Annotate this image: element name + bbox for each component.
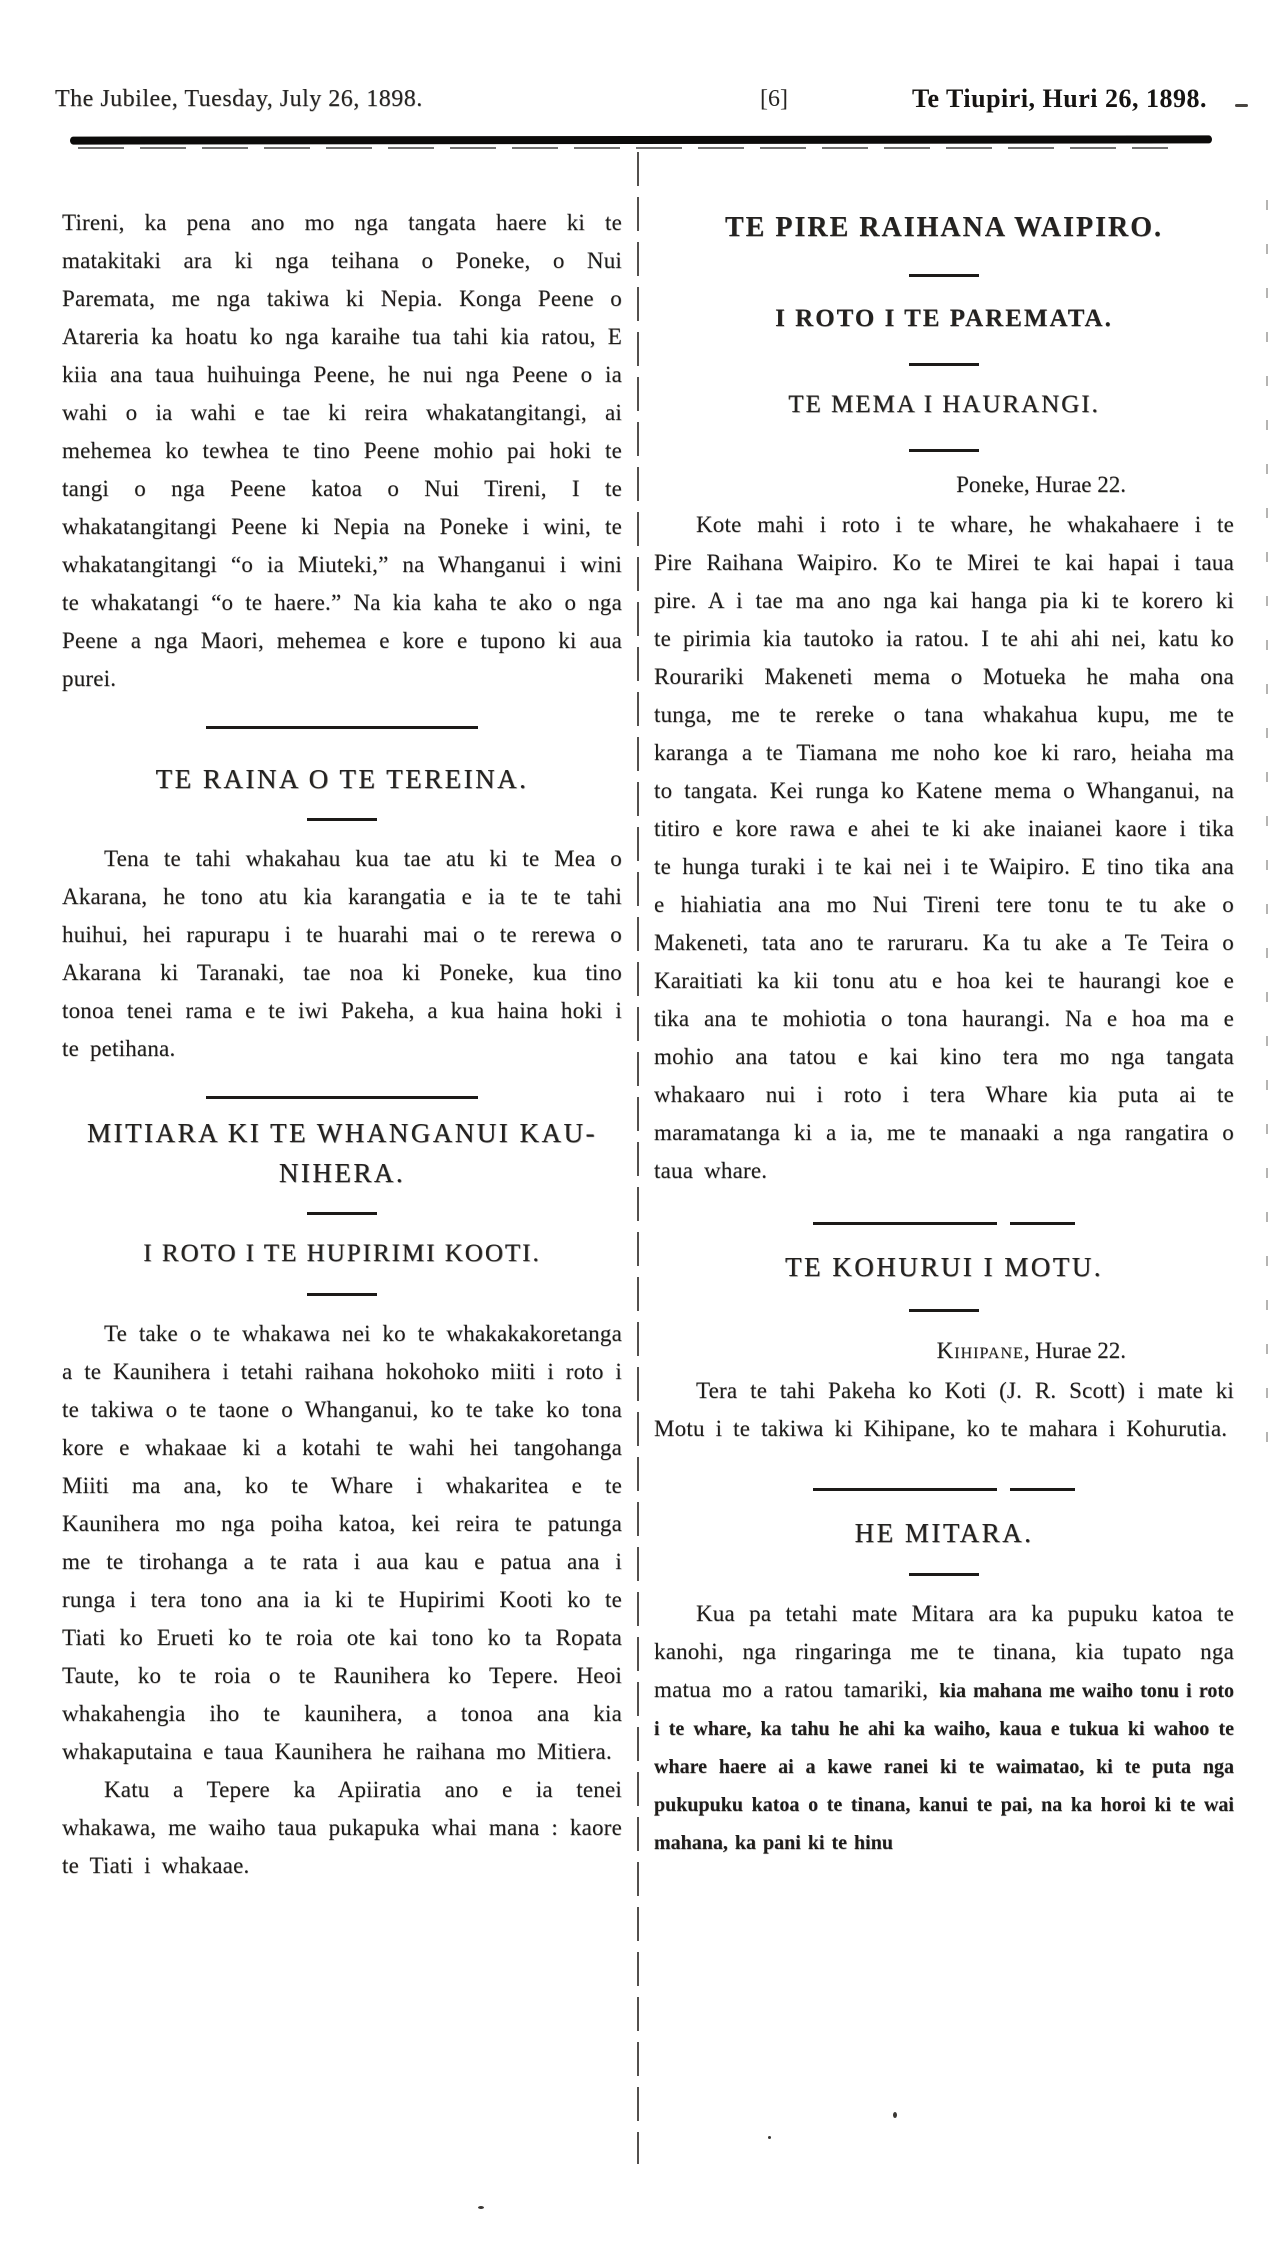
title-underline-rule — [307, 1212, 377, 1215]
paragraph: Tera te tahi Pakeha ko Koti (J. R. Scott… — [654, 1372, 1234, 1448]
section-rule — [813, 1222, 1075, 1225]
title-underline-rule — [909, 274, 979, 277]
column-divider-rule — [637, 152, 639, 2164]
article-title: TE PIRE RAIHANA WAIPIRO. — [654, 208, 1234, 248]
masthead-under-rule — [78, 147, 1168, 149]
article-title: HE MITARA. — [654, 1513, 1234, 1553]
newspaper-page: The Jubilee, Tuesday, July 26, 1898. [6]… — [0, 0, 1280, 2262]
title-underline-rule — [909, 1309, 979, 1312]
paragraph: Katu a Tepere ka Apiiratia ano e ia tene… — [62, 1771, 622, 1885]
article-title: TE RAINA O TE TEREINA. — [62, 759, 622, 799]
edge-ink-mark — [1235, 104, 1248, 107]
section-rule — [206, 1096, 478, 1099]
dateline-date: , Hurae 22. — [1024, 472, 1126, 497]
article-subtitle: I ROTO I TE HUPIRIMI KOOTI. — [62, 1234, 622, 1274]
section-rule — [206, 726, 478, 729]
article-title: MITIARA KI TE WHANGANUI KAU-NIHERA. — [62, 1113, 622, 1193]
article-subtitle: TE MEMA I HAURANGI. — [654, 385, 1234, 425]
title-underline-rule — [909, 449, 979, 452]
title-underline-rule — [307, 818, 377, 821]
dateline: Kihipane, Hurae 22. — [654, 1338, 1234, 1364]
section-rule — [813, 1488, 1075, 1491]
article-subtitle: I ROTO I TE PAREMATA. — [654, 299, 1234, 339]
paragraph: Kote mahi i roto i te whare, he whakahae… — [654, 506, 1234, 1190]
page-edge-marks — [1266, 200, 1268, 1450]
paragraph: Tena te tahi whakahau kua tae atu ki te … — [62, 840, 622, 1068]
paragraph-small-type-text: kia mahana me waiho tonu i roto i te wha… — [654, 1680, 1234, 1854]
dateline-place: Kihipane — [937, 1338, 1024, 1363]
dateline-place: Poneke — [956, 472, 1024, 497]
ink-speck — [768, 2136, 771, 2139]
dateline: Poneke, Hurae 22. — [654, 472, 1234, 498]
paragraph: Kua pa tetahi mate Mitara ara ka pupuku … — [654, 1595, 1234, 1861]
left-column: Tireni, ka pena ano mo nga tangata haere… — [62, 150, 622, 1885]
title-underline-rule — [909, 363, 979, 366]
ink-speck — [893, 2112, 897, 2118]
paragraph: Tireni, ka pena ano mo nga tangata haere… — [62, 204, 622, 698]
article-title: TE KOHURUI I MOTU. — [654, 1247, 1234, 1287]
masthead-rule — [70, 135, 1212, 144]
page-number: [6] — [760, 86, 788, 113]
dateline-date: , Hurae 22. — [1024, 1338, 1126, 1363]
title-underline-rule — [307, 1293, 377, 1296]
right-column: TE PIRE RAIHANA WAIPIRO. I ROTO I TE PAR… — [654, 150, 1234, 1861]
ink-speck — [478, 2206, 484, 2209]
title-underline-rule — [909, 1573, 979, 1576]
header-right-title: Te Tiupiri, Huri 26, 1898. — [912, 84, 1207, 114]
paragraph: Te take o te whakawa nei ko te whakakako… — [62, 1315, 622, 1771]
header-left-title: The Jubilee, Tuesday, July 26, 1898. — [55, 86, 423, 113]
